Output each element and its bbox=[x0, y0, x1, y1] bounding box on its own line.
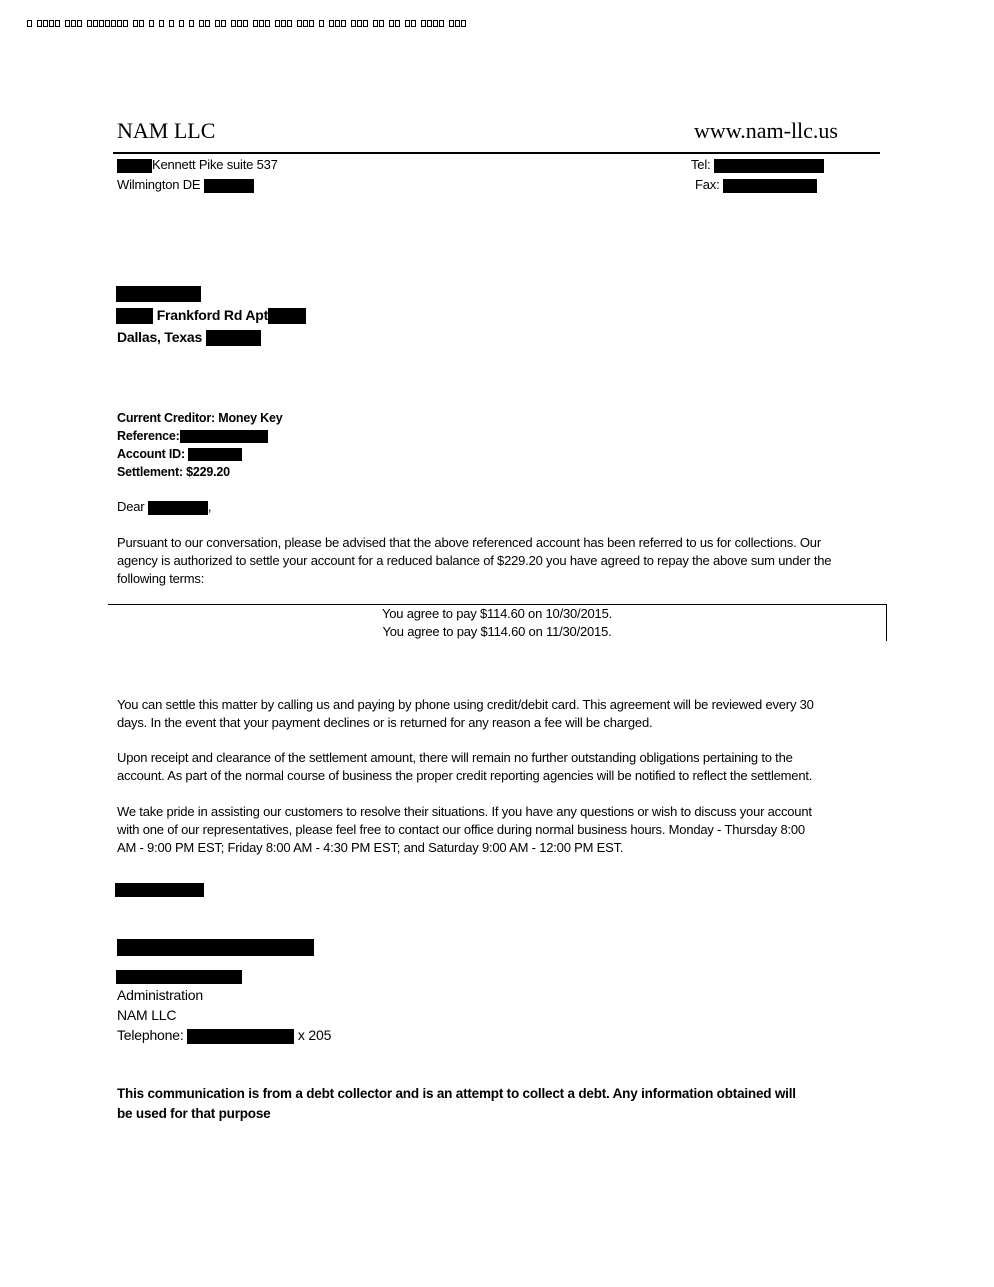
missing-glyph-icon bbox=[117, 20, 122, 27]
garbled-word bbox=[189, 20, 194, 27]
payment-terms: You agree to pay $114.60 on 10/30/2015. … bbox=[108, 605, 886, 641]
garbled-word bbox=[179, 20, 184, 27]
missing-glyph-icon bbox=[77, 20, 82, 27]
signer-company: NAM LLC bbox=[117, 1005, 331, 1025]
missing-glyph-icon bbox=[27, 20, 32, 27]
garbled-word bbox=[275, 20, 292, 27]
missing-glyph-icon bbox=[319, 20, 324, 27]
telephone-label: Telephone: bbox=[117, 1027, 184, 1043]
missing-glyph-icon bbox=[297, 20, 302, 27]
missing-glyph-icon bbox=[49, 20, 54, 27]
garbled-word bbox=[329, 20, 346, 27]
garbled-word bbox=[421, 20, 444, 27]
garbled-word bbox=[253, 20, 270, 27]
redaction bbox=[187, 1029, 294, 1044]
missing-glyph-icon bbox=[133, 20, 138, 27]
missing-glyph-icon bbox=[329, 20, 334, 27]
recipient-name bbox=[116, 285, 201, 303]
missing-glyph-icon bbox=[421, 20, 426, 27]
redaction bbox=[206, 330, 261, 346]
missing-glyph-icon bbox=[373, 20, 378, 27]
missing-glyph-icon bbox=[427, 20, 432, 27]
salutation: Dear , bbox=[117, 498, 211, 516]
account-block: Current Creditor: Money Key Reference: A… bbox=[117, 409, 282, 481]
fax-label: Fax: bbox=[695, 177, 719, 192]
redaction bbox=[116, 286, 201, 302]
garbled-word bbox=[149, 20, 154, 27]
signer-department: Administration bbox=[117, 985, 331, 1005]
missing-glyph-icon bbox=[351, 20, 356, 27]
missing-glyph-icon bbox=[357, 20, 362, 27]
paragraph-line: Upon receipt and clearance of the settle… bbox=[117, 749, 897, 767]
missing-glyph-icon bbox=[449, 20, 454, 27]
garbled-word bbox=[215, 20, 226, 27]
signer-telephone: Telephone: x 205 bbox=[117, 1025, 331, 1045]
missing-glyph-icon bbox=[309, 20, 314, 27]
street-name: Frankford Rd Apt bbox=[157, 307, 268, 323]
missing-glyph-icon bbox=[139, 20, 144, 27]
missing-glyph-icon bbox=[105, 20, 110, 27]
redaction bbox=[115, 883, 204, 897]
garbled-word bbox=[199, 20, 210, 27]
missing-glyph-icon bbox=[335, 20, 340, 27]
company-tel: Tel: bbox=[691, 155, 824, 175]
garbled-word bbox=[159, 20, 164, 27]
garbled-word bbox=[389, 20, 400, 27]
missing-glyph-icon bbox=[231, 20, 236, 27]
recipient-city: Dallas, Texas bbox=[117, 327, 261, 347]
intro-line: following terms: bbox=[117, 570, 897, 588]
reference-label: Reference: bbox=[117, 429, 180, 443]
closing-redacted bbox=[115, 881, 204, 899]
missing-glyph-icon bbox=[253, 20, 258, 27]
missing-glyph-icon bbox=[461, 20, 466, 27]
missing-glyph-icon bbox=[281, 20, 286, 27]
redaction bbox=[188, 448, 242, 461]
missing-glyph-icon bbox=[99, 20, 104, 27]
account-id-line: Account ID: bbox=[117, 445, 282, 463]
reference-line: Reference: bbox=[117, 427, 282, 445]
signer-title-redacted bbox=[116, 968, 242, 986]
garbled-word bbox=[133, 20, 144, 27]
missing-glyph-icon bbox=[221, 20, 226, 27]
garbled-word bbox=[351, 20, 368, 27]
missing-glyph-icon bbox=[303, 20, 308, 27]
missing-glyph-icon bbox=[205, 20, 210, 27]
missing-glyph-icon bbox=[439, 20, 444, 27]
signer-name-redacted bbox=[117, 939, 314, 957]
missing-glyph-icon bbox=[395, 20, 400, 27]
garbled-word bbox=[65, 20, 82, 27]
missing-glyph-icon bbox=[43, 20, 48, 27]
missing-glyph-icon bbox=[363, 20, 368, 27]
missing-glyph-icon bbox=[93, 20, 98, 27]
missing-glyph-icon bbox=[379, 20, 384, 27]
garbled-word bbox=[297, 20, 314, 27]
missing-glyph-icon bbox=[169, 20, 174, 27]
payment-term: You agree to pay $114.60 on 10/30/2015. bbox=[108, 605, 886, 623]
garbled-word bbox=[37, 20, 60, 27]
redaction bbox=[723, 179, 817, 193]
contact-paragraph: We take pride in assisting our customers… bbox=[117, 803, 897, 857]
company-website: www.nam-llc.us bbox=[694, 118, 838, 144]
missing-glyph-icon bbox=[215, 20, 220, 27]
garbled-word bbox=[27, 20, 32, 27]
missing-glyph-icon bbox=[411, 20, 416, 27]
current-creditor: Current Creditor: Money Key bbox=[117, 409, 282, 427]
intro-line: agency is authorized to settle your acco… bbox=[117, 552, 897, 570]
redaction bbox=[117, 159, 152, 173]
paragraph-line: with one of our representatives, please … bbox=[117, 821, 897, 839]
city-state: Dallas, Texas bbox=[117, 329, 202, 345]
redaction bbox=[204, 179, 254, 193]
garbled-word bbox=[87, 20, 128, 27]
garbled-word bbox=[231, 20, 248, 27]
company-address-line2: Wilmington DE bbox=[117, 175, 254, 195]
missing-glyph-icon bbox=[287, 20, 292, 27]
missing-glyph-icon bbox=[55, 20, 60, 27]
salutation-comma: , bbox=[208, 499, 211, 514]
redaction bbox=[117, 939, 314, 956]
missing-glyph-icon bbox=[87, 20, 92, 27]
missing-glyph-icon bbox=[65, 20, 70, 27]
redaction bbox=[148, 501, 208, 515]
missing-glyph-icon bbox=[275, 20, 280, 27]
missing-glyph-icon bbox=[111, 20, 116, 27]
company-fax: Fax: bbox=[695, 175, 817, 195]
paragraph-line: days. In the event that your payment dec… bbox=[117, 714, 897, 732]
garbled-header-text bbox=[27, 20, 471, 27]
garbled-word bbox=[405, 20, 416, 27]
missing-glyph-icon bbox=[433, 20, 438, 27]
missing-glyph-icon bbox=[237, 20, 242, 27]
missing-glyph-icon bbox=[149, 20, 154, 27]
recipient-street: Frankford Rd Apt bbox=[116, 305, 306, 325]
disclaimer-line: be used for that purpose bbox=[117, 1104, 897, 1124]
paragraph-line: account. As part of the normal course of… bbox=[117, 767, 897, 785]
missing-glyph-icon bbox=[265, 20, 270, 27]
address-street: Kennett Pike suite 537 bbox=[152, 157, 278, 172]
payment-method-paragraph: You can settle this matter by calling us… bbox=[117, 696, 897, 732]
address-city: Wilmington DE bbox=[117, 177, 200, 192]
missing-glyph-icon bbox=[405, 20, 410, 27]
missing-glyph-icon bbox=[189, 20, 194, 27]
redaction bbox=[116, 308, 153, 324]
signature-block: Administration NAM LLC Telephone: x 205 bbox=[117, 985, 331, 1045]
missing-glyph-icon bbox=[179, 20, 184, 27]
missing-glyph-icon bbox=[389, 20, 394, 27]
missing-glyph-icon bbox=[71, 20, 76, 27]
paragraph-line: You can settle this matter by calling us… bbox=[117, 696, 897, 714]
paragraph-line: We take pride in assisting our customers… bbox=[117, 803, 897, 821]
missing-glyph-icon bbox=[123, 20, 128, 27]
redaction bbox=[714, 159, 824, 173]
missing-glyph-icon bbox=[199, 20, 204, 27]
garbled-word bbox=[319, 20, 324, 27]
redaction bbox=[180, 430, 268, 443]
missing-glyph-icon bbox=[455, 20, 460, 27]
payment-term: You agree to pay $114.60 on 11/30/2015. bbox=[108, 623, 886, 641]
telephone-extension: x 205 bbox=[298, 1027, 331, 1043]
tel-label: Tel: bbox=[691, 157, 710, 172]
missing-glyph-icon bbox=[341, 20, 346, 27]
missing-glyph-icon bbox=[159, 20, 164, 27]
header-divider bbox=[113, 152, 880, 154]
company-address-line1: Kennett Pike suite 537 bbox=[117, 155, 278, 175]
disclaimer-line: This communication is from a debt collec… bbox=[117, 1084, 897, 1104]
garbled-word bbox=[449, 20, 466, 27]
settlement-paragraph: Upon receipt and clearance of the settle… bbox=[117, 749, 897, 785]
paragraph-line: AM - 9:00 PM EST; Friday 8:00 AM - 4:30 … bbox=[117, 839, 897, 857]
redaction bbox=[268, 308, 306, 324]
garbled-word bbox=[169, 20, 174, 27]
company-name: NAM LLC bbox=[117, 118, 215, 144]
salutation-prefix: Dear bbox=[117, 499, 144, 514]
account-id-label: Account ID: bbox=[117, 447, 185, 461]
debt-collector-disclaimer: This communication is from a debt collec… bbox=[117, 1084, 897, 1124]
intro-paragraph: Pursuant to our conversation, please be … bbox=[117, 534, 897, 588]
missing-glyph-icon bbox=[259, 20, 264, 27]
intro-line: Pursuant to our conversation, please be … bbox=[117, 534, 897, 552]
settlement-amount: Settlement: $229.20 bbox=[117, 463, 282, 481]
missing-glyph-icon bbox=[243, 20, 248, 27]
garbled-word bbox=[373, 20, 384, 27]
missing-glyph-icon bbox=[37, 20, 42, 27]
redaction bbox=[116, 970, 242, 984]
